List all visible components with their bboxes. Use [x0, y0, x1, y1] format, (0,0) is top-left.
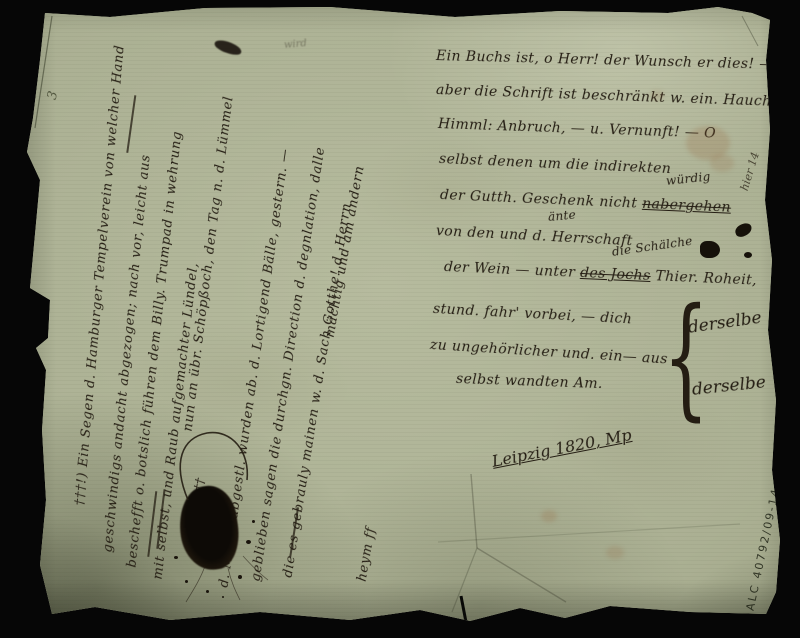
- handwritten-line-right: selbst wandten Am.: [456, 371, 603, 392]
- handwritten-line-right: zu ungehörlicher und. ein— aus: [430, 337, 669, 368]
- dateline: Leipzig 1820, Mp: [490, 425, 633, 471]
- handwritten-line-right: von den und d. Herrschaft: [436, 223, 633, 249]
- ink-blob: [733, 221, 753, 238]
- handwritten-line-right: Himml: Anbruch, — u. Vernunft! — O: [438, 116, 716, 142]
- ink-speck: [174, 556, 178, 559]
- struck-word: nabergehen: [642, 196, 731, 216]
- ink-hair-stroke: [186, 566, 205, 602]
- struck-word: des Jochs: [580, 265, 651, 284]
- foxing-stain: [541, 510, 557, 522]
- fold-crease-line: [35, 16, 52, 128]
- line-segment: der Gutth. Geschenk nicht: [440, 187, 643, 212]
- foxing-stain: [710, 154, 734, 172]
- page-number: 3: [45, 90, 62, 102]
- corner-crease-line: [742, 16, 758, 46]
- crease-line: [471, 474, 477, 548]
- ink-speck: [252, 520, 255, 523]
- handwritten-line-right: stund. fahr' vorbei, — dich: [433, 301, 633, 327]
- ink-smudge: [213, 38, 243, 57]
- foxing-stain: [650, 90, 664, 100]
- faint-top-note: wird: [284, 38, 308, 51]
- crease-line: [438, 524, 740, 542]
- ink-blob: [700, 241, 720, 258]
- handwritten-line-right: der Gutth. Geschenk nicht nabergehen: [440, 187, 732, 216]
- manuscript-paper-sheet: 3 wird †††!) Ein Segen d. Hamburger Temp…: [0, 0, 800, 638]
- handwritten-line-left: mächtig und am andern: [323, 164, 368, 338]
- ink-speck: [185, 580, 188, 583]
- torn-slit: [461, 596, 466, 622]
- manuscript-content: 3 wird †††!) Ein Segen d. Hamburger Temp…: [0, 0, 800, 638]
- ink-speck: [246, 540, 251, 544]
- crease-line: [477, 548, 566, 602]
- handwritten-line-right: selbst denen um die indirekten: [439, 151, 672, 177]
- margin-note: hier 14: [738, 150, 762, 192]
- handwritten-line-right: aber die Schrift ist beschränkt w. ein. …: [436, 82, 800, 111]
- foxing-stain: [606, 546, 624, 559]
- underline-mark: [126, 95, 136, 153]
- inserted-word: änte: [547, 208, 576, 224]
- inserted-word: würdig: [665, 169, 711, 188]
- line-segment: der Wein — unter: [444, 259, 581, 281]
- ink-blob: [744, 252, 752, 258]
- handwritten-line-right: Ein Buchs ist, o Herr! der Wunsch er die…: [436, 48, 774, 73]
- shelfmark: ALC 40792/09-14: [744, 486, 783, 611]
- handwritten-line-left: heym ff: [355, 526, 379, 583]
- curly-brace-mark: {: [663, 291, 709, 423]
- ink-speck: [238, 575, 242, 579]
- photograph-of-manuscript: 3 wird †††!) Ein Segen d. Hamburger Temp…: [0, 0, 800, 638]
- crease-line: [452, 548, 477, 612]
- handwritten-line-right: der Wein — unter des Jochs Thier. Roheit…: [444, 259, 758, 289]
- ink-speck: [206, 590, 209, 593]
- ink-speck: [222, 596, 224, 598]
